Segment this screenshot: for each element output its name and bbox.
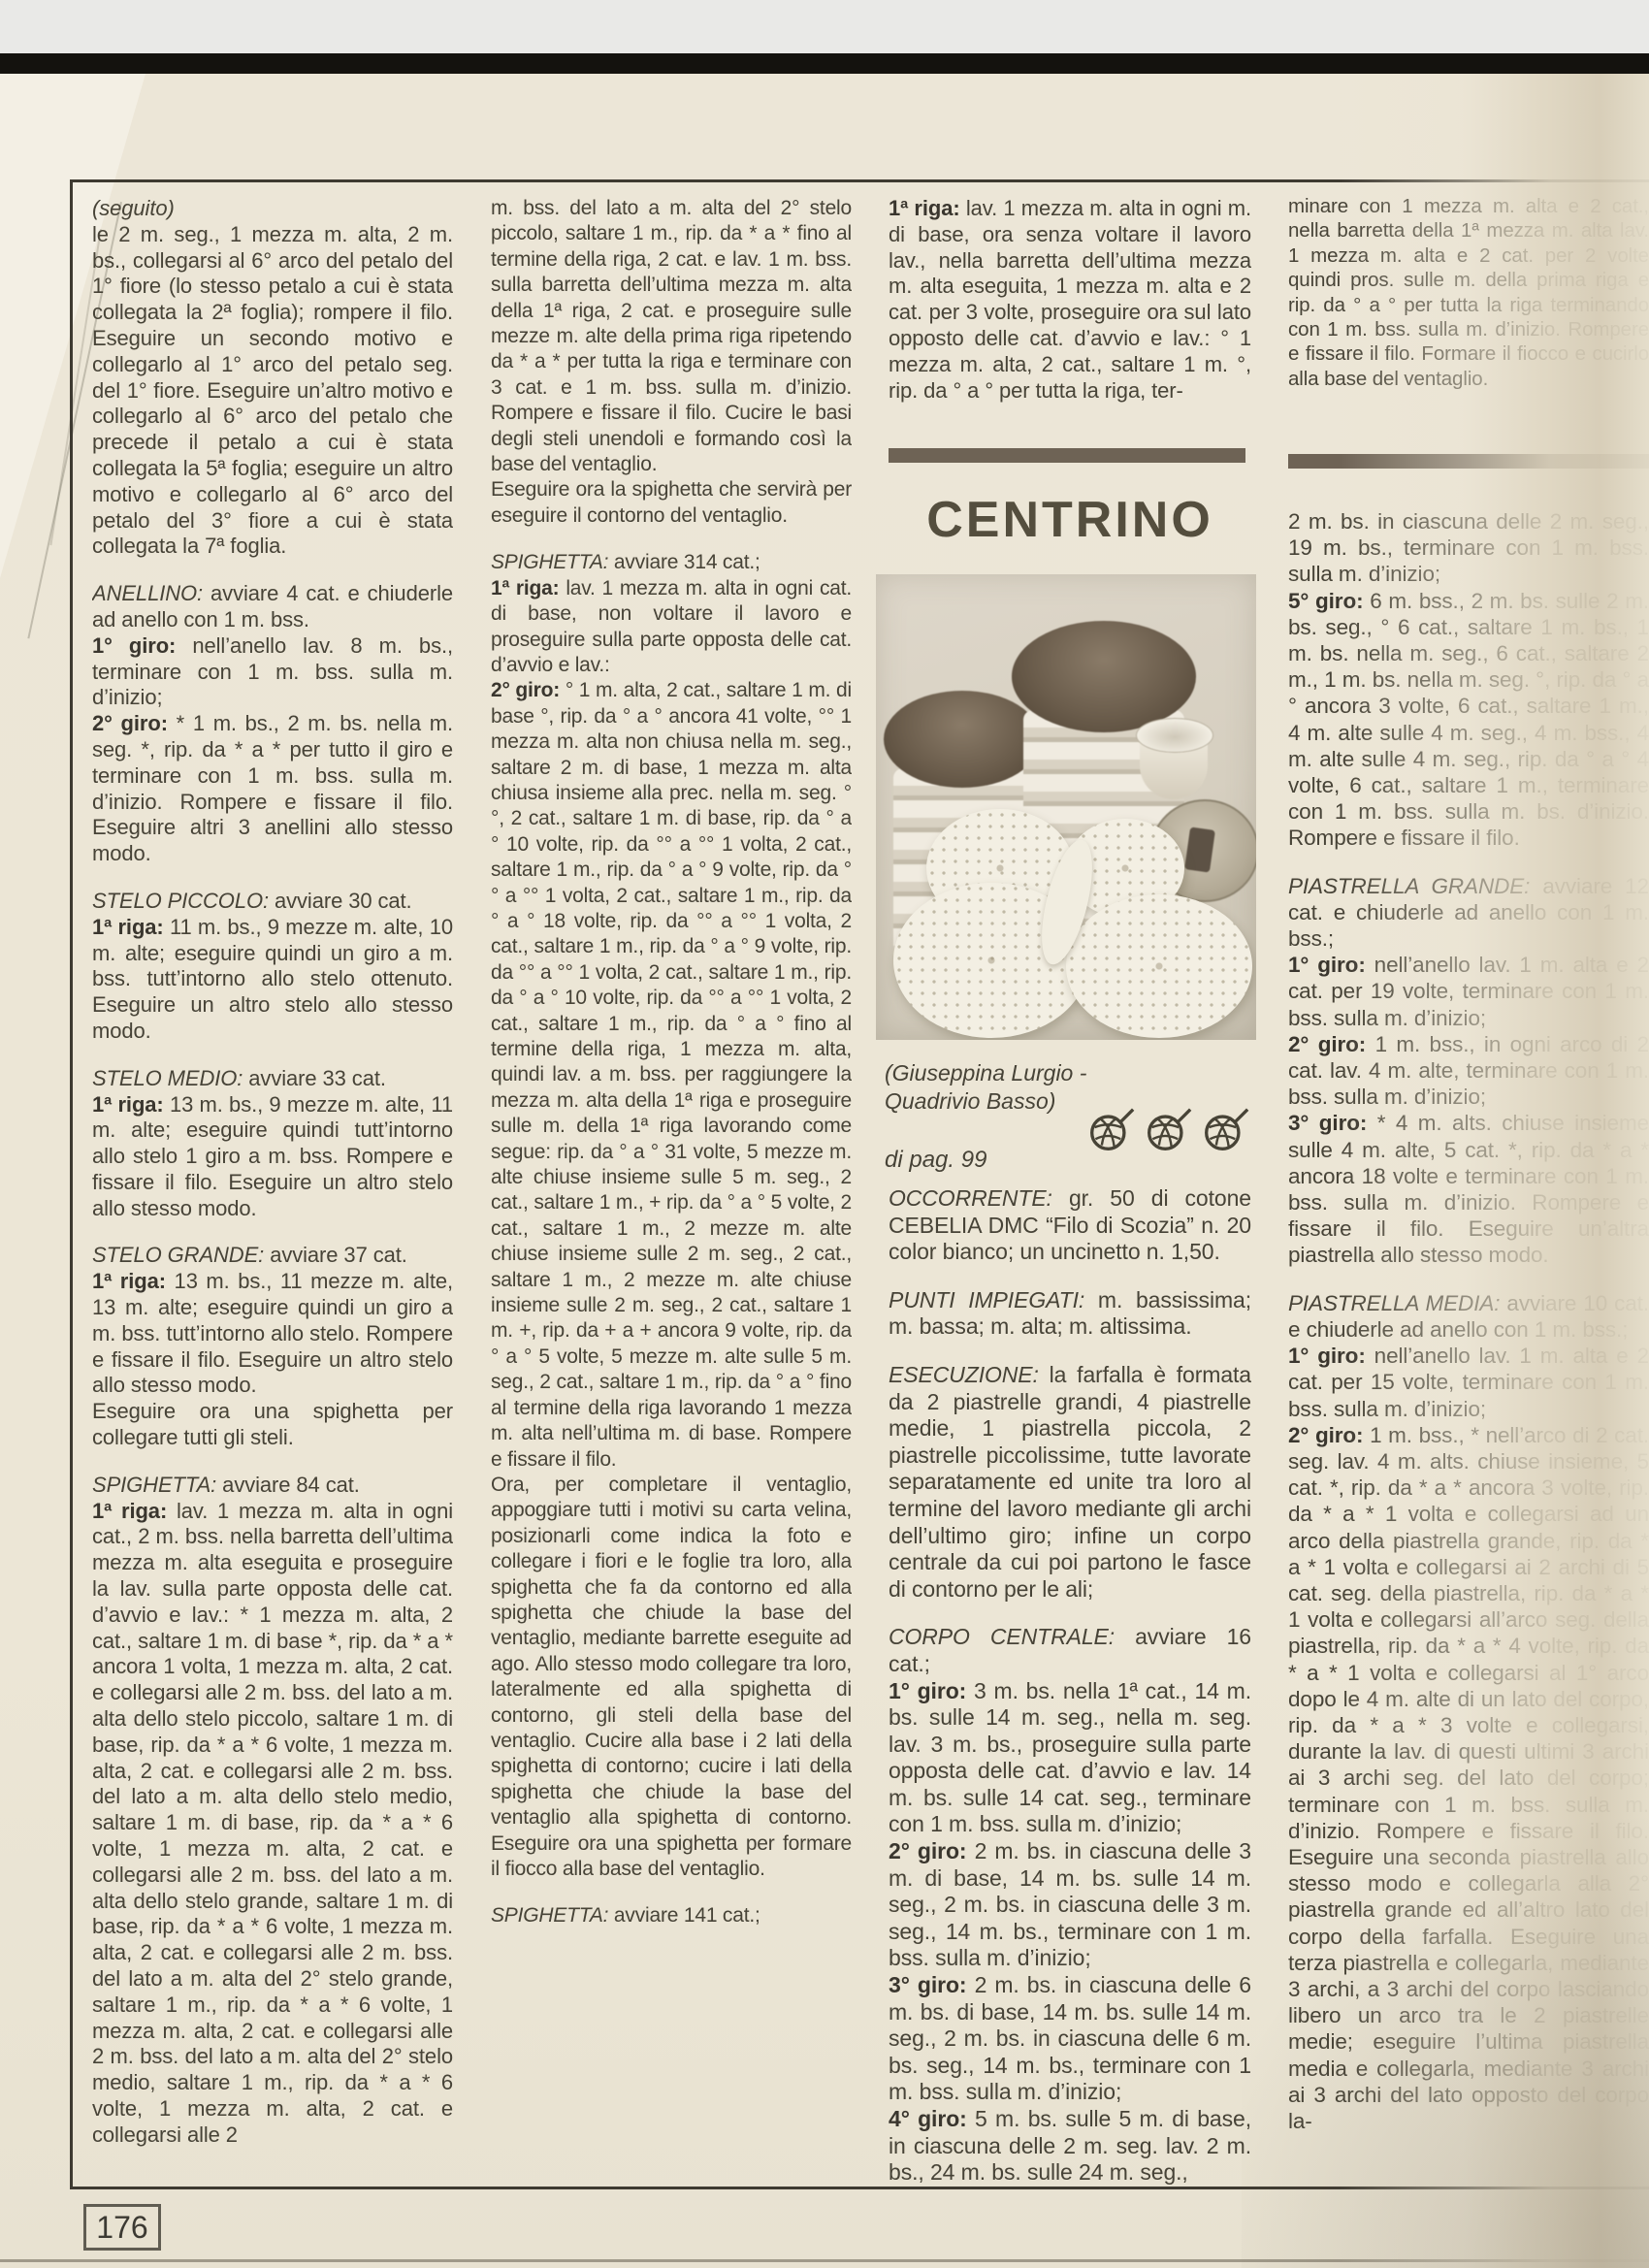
paragraph: PIASTRELLA MEDIA: avviare 10 cat. e chiu… [1288,1290,1649,1343]
paragraph: 5° giro: 6 m. bss., 2 m. bs. sulle 2 m. … [1288,588,1649,852]
paragraph: (seguito) [92,196,453,222]
article-photo [876,574,1256,1040]
section-divider-bar [1288,454,1649,469]
paragraph: PIASTRELLA GRANDE: avviare 12 cat. e chi… [1288,873,1649,953]
paragraph: 1ª riga: 13 m. bs., 9 mezze m. alte, 11 … [92,1092,453,1222]
paragraph: 1° giro: nell’anello lav. 1 m. alta e 2 … [1288,1343,1649,1422]
paragraph: 2 m. bs. in ciascuna delle 2 m. seg., 19… [1288,508,1649,588]
section-divider-bar [889,448,1245,463]
paragraph: 1° giro: 3 m. bs. nella 1ª cat., 14 m. b… [889,1678,1251,1839]
paragraph: 1ª riga: lav. 1 mezza m. alta in ogni ca… [491,576,852,679]
small-cup [1136,718,1212,807]
text-column-4-bottom: 2 m. bs. in ciascuna delle 2 m. seg., 19… [1288,508,1649,2190]
paragraph: 2° giro: 1 m. bss., in ogni arco di 2 ca… [1288,1031,1649,1111]
paragraph: STELO PICCOLO: avviare 30 cat. [92,889,453,915]
text-column-4-top: minare con 1 mezza m. alta e 2 cat., nel… [1288,194,1649,450]
paragraph: SPIGHETTA: avviare 141 cat.; [491,1903,852,1928]
paragraph: 2° giro: * 1 m. bs., 2 m. bs. nella m. s… [92,711,453,867]
paragraph: SPIGHETTA: avviare 314 cat.; [491,550,852,575]
paragraph: 1ª riga: lav. 1 mezza m. alta in ogni ca… [92,1499,453,2149]
text-column-2: m. bss. del lato a m. alta del 2° stelo … [491,196,852,2187]
paragraph: STELO GRANDE: avviare 37 cat. [92,1243,453,1269]
difficulty-icons [1088,1106,1263,1152]
paragraph: PUNTI IMPIEGATI: m. bassissima; m. bassa… [889,1287,1251,1341]
paragraph: 3° giro: 2 m. bs. in ciascuna delle 6 m.… [889,1972,1251,2106]
paragraph: ANELLINO: avviare 4 cat. e chiuderle ad … [92,581,453,633]
jar-lid [1012,621,1196,732]
paragraph: OCCORRENTE: gr. 50 di cotone CEBELIA DMC… [889,1185,1251,1266]
paragraph: 1ª riga: 13 m. bs., 11 mezze m. alte, 13… [92,1269,453,1399]
page-reference: di pag. 99 [885,1147,986,1174]
paragraph: 4° giro: 5 m. bs. sulle 5 m. di base, in… [889,2106,1251,2187]
cup-rim [1136,718,1213,753]
page-bottom-edge [0,2259,1649,2262]
paragraph: le 2 m. seg., 1 mezza m. alta, 2 m. bs.,… [92,222,453,560]
doily-wing-lower-right [1066,894,1252,1038]
paragraph: 1ª riga: 11 m. bs., 9 mezze m. alte, 10 … [92,915,453,1045]
paragraph: minare con 1 mezza m. alta e 2 cat., nel… [1288,194,1649,391]
yarn-ball-icon [1146,1106,1192,1152]
scanned-magazine-page: (seguito)le 2 m. seg., 1 mezza m. alta, … [0,0,1649,2268]
paragraph: 2° giro: 2 m. bs. in ciascuna delle 3 m.… [889,1838,1251,1972]
text-column-3-top: 1ª riga: lav. 1 mezza m. alta in ogni m.… [889,196,1251,440]
paragraph: 1° giro: nell’anello lav. 8 m. bs., term… [92,633,453,711]
page-number: 176 [83,2204,161,2251]
article-title: CENTRINO [889,491,1251,549]
paragraph: CORPO CENTRALE: avviare 16 cat.; [889,1624,1251,1677]
paragraph: 1ª riga: lav. 1 mezza m. alta in ogni m.… [889,196,1251,404]
text-column-1: (seguito)le 2 m. seg., 1 mezza m. alta, … [92,196,453,2187]
yarn-ball-icon [1203,1106,1249,1152]
page-top-edge-shadow [0,53,1649,74]
paragraph: STELO MEDIO: avviare 33 cat. [92,1066,453,1092]
paragraph: 3° giro: * 4 m. alts. chiuse insieme sul… [1288,1110,1649,1268]
yarn-ball-icon [1088,1106,1135,1152]
paragraph: m. bss. del lato a m. alta del 2° stelo … [491,196,852,477]
paragraph: Eseguire ora una spighetta per collegare… [92,1399,453,1451]
paragraph: 1° giro: nell’anello lav. 1 m. alta e 2 … [1288,952,1649,1031]
paragraph: 2° giro: ° 1 m. alta, 2 cat., saltare 1 … [491,678,852,1473]
paragraph: Ora, per completare il ventaglio, appogg… [491,1473,852,1883]
paragraph: 2° giro: 1 m. bss., * nell’arco di 2 cat… [1288,1422,1649,2134]
paragraph: Eseguire ora la spighetta che servirà pe… [491,477,852,529]
text-column-3-bottom: OCCORRENTE: gr. 50 di cotone CEBELIA DMC… [889,1185,1251,2188]
paragraph: SPIGHETTA: avviare 84 cat. [92,1473,453,1499]
paragraph: ESECUZIONE: la farfalla è formata da 2 p… [889,1362,1251,1603]
